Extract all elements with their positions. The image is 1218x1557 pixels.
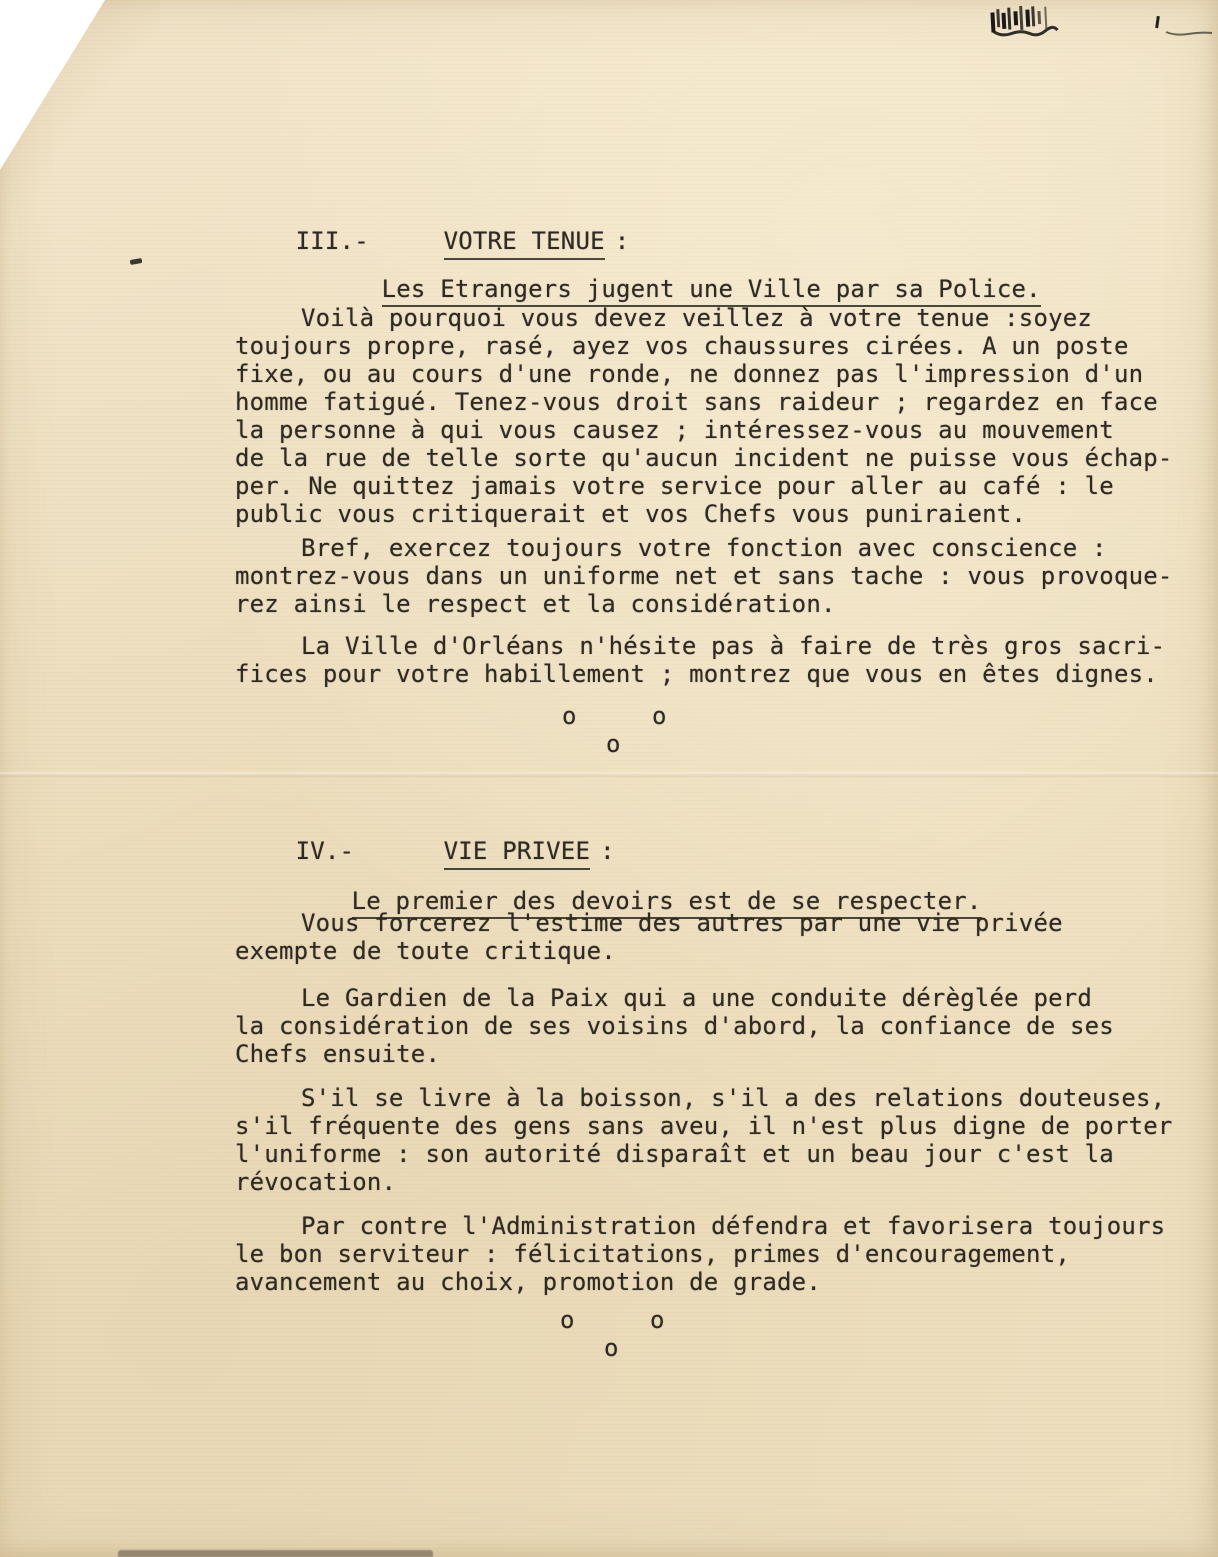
section-separator-dot: o	[560, 1306, 574, 1334]
ink-smudge	[985, 2, 1095, 42]
scanned-typewritten-page: III.-VOTRE TENUE: Les Etrangers jugent u…	[0, 0, 1218, 1557]
section-separator-dot: o	[606, 730, 620, 758]
subtitle-text: Les Etrangers jugent une Ville par sa Po…	[382, 275, 1041, 307]
pen-mark	[1150, 14, 1216, 40]
page-bottom-edge-shadow	[118, 1550, 433, 1557]
section-separator-dot: o	[562, 702, 576, 730]
paragraph: Par contre l'Administration défendra et …	[235, 1212, 1165, 1296]
paragraph: La Ville d'Orléans n'hésite pas à faire …	[235, 632, 1165, 688]
paragraph: Vous forcerez l'estime des autres par un…	[235, 909, 1063, 965]
paragraph: S'il se livre à la boisson, s'il a des r…	[235, 1084, 1173, 1196]
paragraph: Bref, exercez toujours votre fonction av…	[235, 534, 1173, 618]
fold-crease	[0, 772, 1218, 778]
section-separator-dot: o	[604, 1334, 618, 1362]
section-separator-dot: o	[650, 1306, 664, 1334]
paragraph: Voilà pourquoi vous devez veillez à votr…	[235, 304, 1173, 528]
folded-corner	[0, 0, 120, 185]
ink-fleck	[130, 258, 143, 265]
paragraph: Le Gardien de la Paix qui a une conduite…	[235, 984, 1114, 1068]
section-separator-dot: o	[652, 702, 666, 730]
